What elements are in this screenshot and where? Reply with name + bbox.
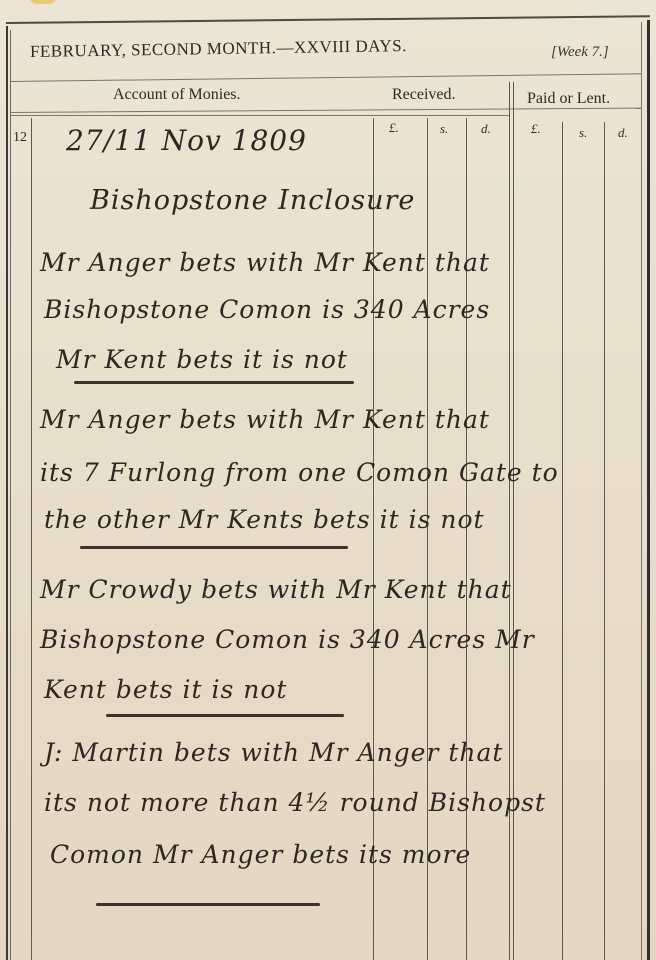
- received-pounds-label: £.: [389, 120, 399, 136]
- margin-line: [31, 118, 32, 960]
- bet-2-line-2: its 7 Furlong from one Comon Gate to: [40, 458, 559, 487]
- page-title: FEBRUARY, SECOND MONTH.—XXVIII DAYS.: [30, 36, 407, 62]
- bet-1-underline: [74, 381, 354, 384]
- header-rule-top: [10, 73, 642, 82]
- paid-divider-line: [509, 82, 510, 960]
- paid-divider-line-2: [513, 82, 514, 960]
- bet-1-line-1: Mr Anger bets with Mr Kent that: [40, 248, 490, 277]
- column-header-account: Account of Monies.: [113, 86, 241, 104]
- bet-1-line-3: Mr Kent bets it is not: [56, 345, 348, 374]
- ledger-page: FEBRUARY, SECOND MONTH.—XXVIII DAYS. [We…: [0, 0, 656, 960]
- row-number: 12: [13, 130, 27, 146]
- bet-2-line-1: Mr Anger bets with Mr Kent that: [40, 405, 490, 434]
- received-pence-label: d.: [481, 121, 491, 137]
- page-border-left: [6, 26, 8, 960]
- bet-1-line-2: Bishopstone Comon is 340 Acres: [44, 295, 490, 324]
- paid-pence-line: [604, 122, 605, 960]
- week-label: [Week 7.]: [551, 44, 609, 61]
- paid-shillings-line: [562, 122, 563, 960]
- paid-pence-label: d.: [618, 125, 628, 141]
- bet-2-line-3: the other Mr Kents bets it is not: [44, 505, 485, 534]
- bet-3-line-2: Bishopstone Comon is 340 Acres Mr: [40, 625, 535, 654]
- bet-3-line-1: Mr Crowdy bets with Mr Kent that: [40, 575, 512, 604]
- page-border-right: [647, 20, 650, 960]
- page-border-top: [6, 15, 650, 24]
- bet-4-underline: [96, 903, 320, 906]
- entry-heading: Bishopstone Inclosure: [90, 185, 415, 216]
- page-border-left-inner: [10, 30, 11, 960]
- bet-4-line-2: its not more than 4½ round Bishopst: [44, 788, 546, 817]
- column-header-paid: Paid or Lent.: [527, 90, 610, 108]
- header-rule-double: [10, 115, 510, 116]
- paid-shillings-label: s.: [579, 125, 587, 141]
- column-header-received: Received.: [392, 86, 456, 104]
- paper-stain: [28, 0, 58, 4]
- bet-3-underline: [106, 714, 344, 717]
- shillings-column-line: [427, 118, 428, 960]
- paid-pounds-label: £.: [531, 121, 541, 137]
- bet-2-underline: [80, 546, 348, 549]
- bet-4-line-1: J: Martin bets with Mr Anger that: [44, 738, 503, 767]
- page-border-right-inner: [641, 22, 642, 960]
- received-shillings-label: s.: [440, 121, 448, 137]
- received-column-line: [373, 118, 374, 960]
- header-rule-bottom: [10, 108, 642, 113]
- entry-date: 27/11 Nov 1809: [66, 124, 307, 157]
- bet-3-line-3: Kent bets it is not: [44, 675, 287, 704]
- bet-4-line-3: Comon Mr Anger bets its more: [50, 840, 471, 869]
- pence-column-line: [466, 118, 467, 960]
